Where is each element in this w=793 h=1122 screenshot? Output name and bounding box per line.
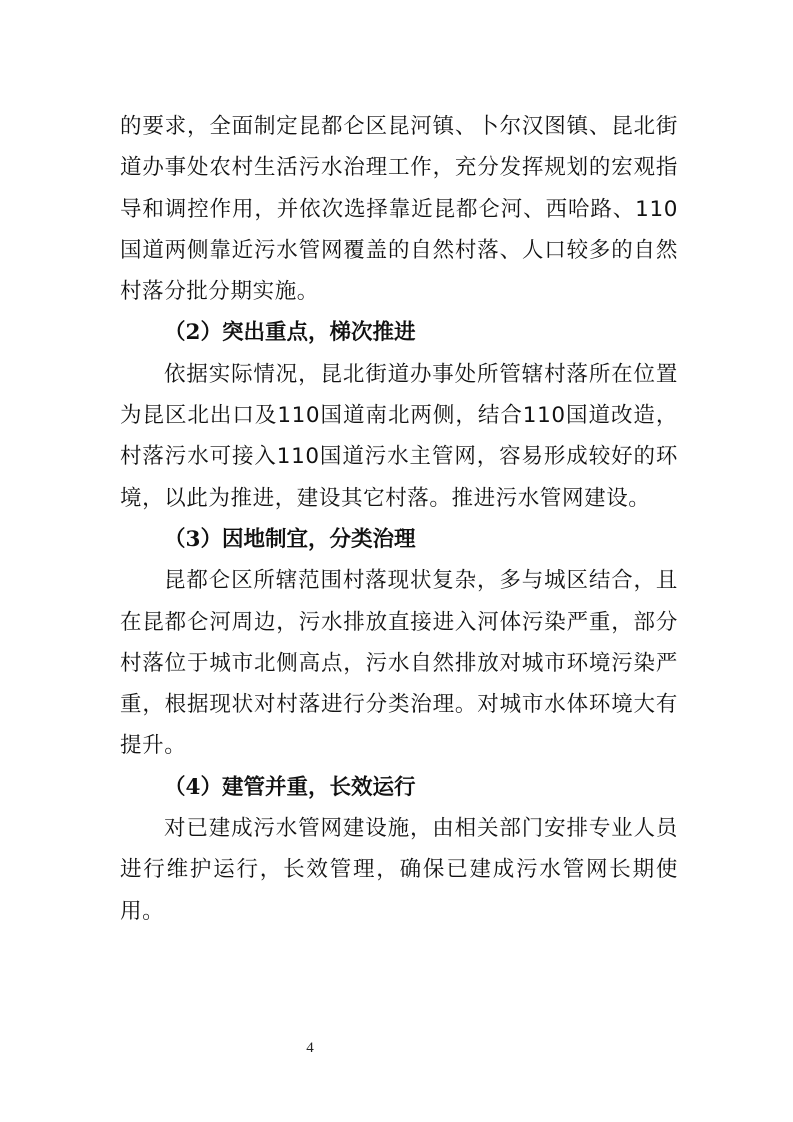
page-number: 4: [0, 1040, 620, 1057]
body-paragraph-2: 依据实际情况，昆北街道办事处所管辖村落所在位置为昆区北出口及110国道南北两侧，…: [120, 354, 678, 519]
body-paragraph-continuation: 的要求，全面制定昆都仑区昆河镇、卜尔汉图镇、昆北街道办事处农村生活污水治理工作，…: [120, 106, 678, 312]
body-paragraph-4: 对已建成污水管网建设施，由相关部门安排专业人员进行维护运行，长效管理，确保已建成…: [120, 808, 678, 932]
document-page: 的要求，全面制定昆都仑区昆河镇、卜尔汉图镇、昆北街道办事处农村生活污水治理工作，…: [120, 106, 678, 932]
body-paragraph-3: 昆都仑区所辖范围村落现状复杂，多与城区结合，且在昆都仑河周边，污水排放直接进入河…: [120, 560, 678, 766]
section-heading-3: （3）因地制宜，分类治理: [120, 519, 678, 560]
section-heading-4: （4）建管并重，长效运行: [120, 767, 678, 808]
section-heading-2: （2）突出重点，梯次推进: [120, 312, 678, 353]
